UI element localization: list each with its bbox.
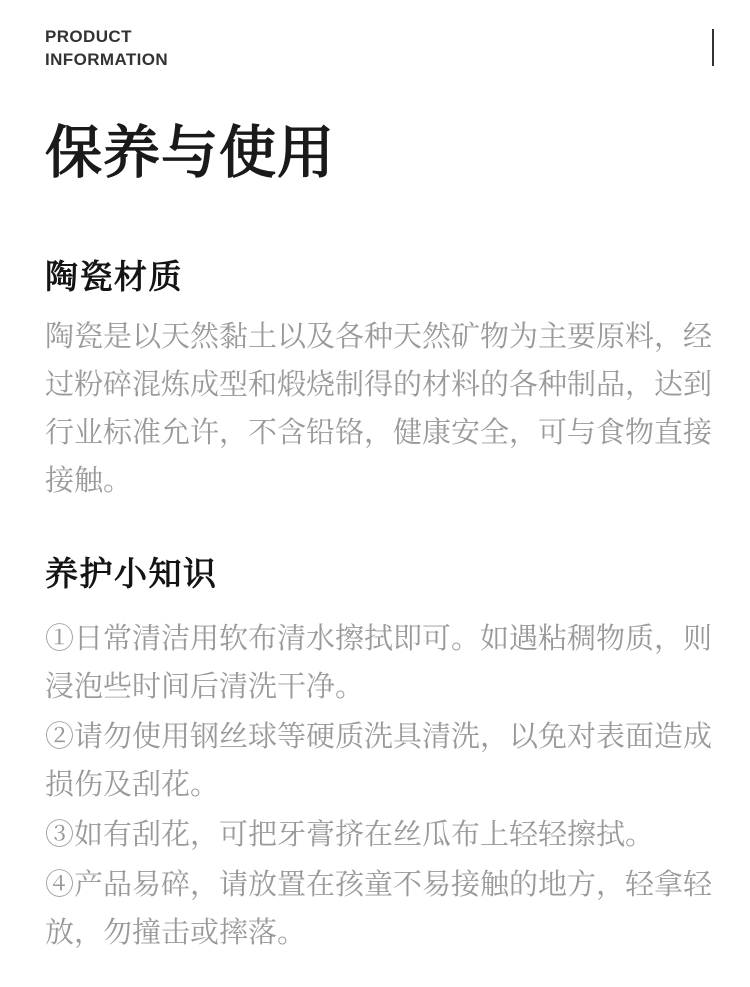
material-paragraph: 陶瓷是以天然黏土以及各种天然矿物为主要原料，经 过粉碎混炼成型和煅烧制得的材料的…: [45, 313, 705, 505]
care-tip-1: ①日常清洁用软布清水擦拭即可。如遇粘稠物质，则 浸泡些时间后清洗干净。: [45, 615, 705, 711]
tip-line: ③如有刮花，可把牙膏挤在丝瓜布上轻轻擦拭。: [45, 811, 705, 859]
tip-line: ②请勿使用钢丝球等硬质洗具清洗，以免对表面造成: [45, 713, 705, 761]
care-tip-4: ④产品易碎，请放置在孩童不易接触的地方，轻拿轻 放，勿撞击或摔落。: [45, 861, 705, 957]
tip-line: 损伤及刮花。: [45, 761, 705, 809]
care-tips-list: ①日常清洁用软布清水擦拭即可。如遇粘稠物质，则 浸泡些时间后清洗干净。 ②请勿使…: [45, 615, 705, 957]
paragraph-line: 陶瓷是以天然黏土以及各种天然矿物为主要原料，经: [45, 313, 705, 361]
eyebrow-line-2: INFORMATION: [45, 48, 705, 71]
vertical-rule: [712, 29, 714, 66]
paragraph-line: 接触。: [45, 457, 705, 505]
paragraph-line: 行业标准允许，不含铅铬，健康安全，可与食物直接: [45, 409, 705, 457]
page-title: 保养与使用: [45, 118, 705, 188]
tip-line: ①日常清洁用软布清水擦拭即可。如遇粘稠物质，则: [45, 615, 705, 663]
section-heading-material: 陶瓷材质: [45, 257, 705, 297]
eyebrow-line-1: PRODUCT: [45, 25, 705, 48]
product-info-page: PRODUCT INFORMATION 保养与使用 陶瓷材质 陶瓷是以天然黏土以…: [0, 0, 750, 987]
care-tip-3: ③如有刮花，可把牙膏挤在丝瓜布上轻轻擦拭。: [45, 811, 705, 859]
care-tip-2: ②请勿使用钢丝球等硬质洗具清洗，以免对表面造成 损伤及刮花。: [45, 713, 705, 809]
section-heading-care-tips: 养护小知识: [45, 554, 705, 594]
tip-line: ④产品易碎，请放置在孩童不易接触的地方，轻拿轻: [45, 861, 705, 909]
eyebrow-label: PRODUCT INFORMATION: [45, 25, 705, 71]
paragraph-line: 过粉碎混炼成型和煅烧制得的材料的各种制品，达到: [45, 361, 705, 409]
tip-line: 放，勿撞击或摔落。: [45, 909, 705, 957]
tip-line: 浸泡些时间后清洗干净。: [45, 663, 705, 711]
